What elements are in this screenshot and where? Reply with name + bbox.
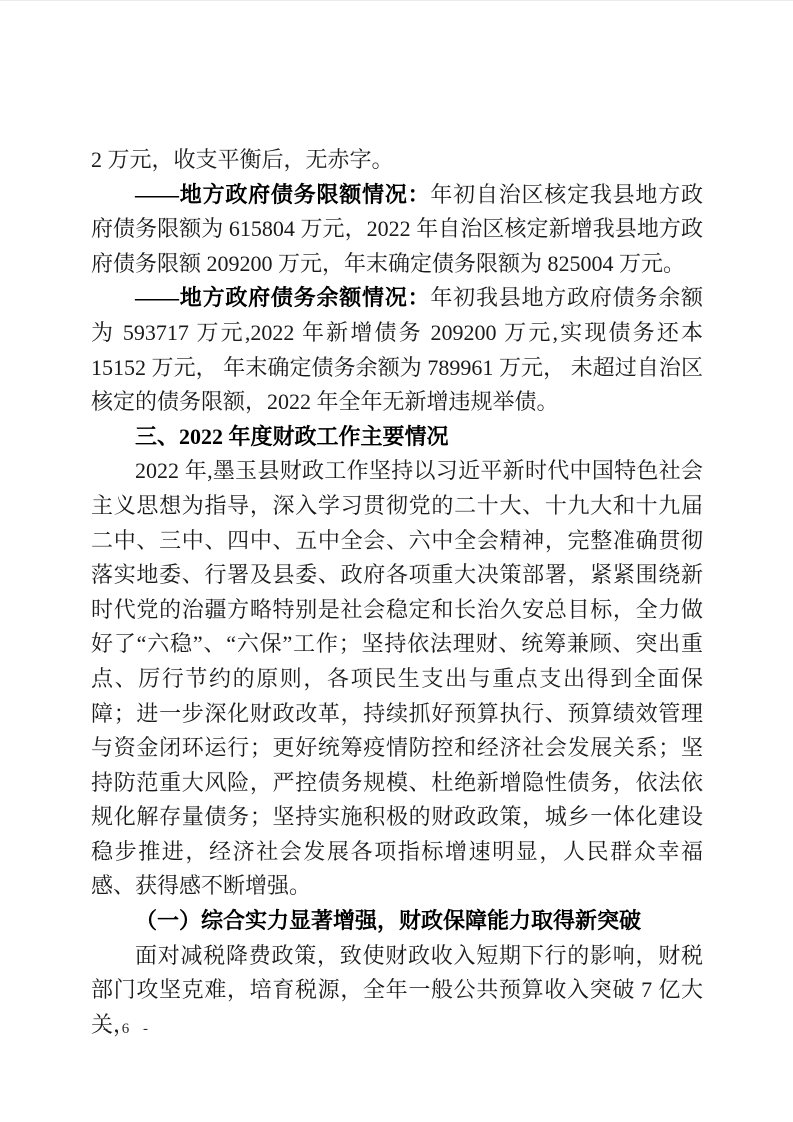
document-page: 2 万元，收支平衡后，无赤字。 ——地方政府债务限额情况：年初自治区核定我县地方…: [0, 0, 793, 1122]
document-body: 2 万元，收支平衡后，无赤字。 ——地方政府债务限额情况：年初自治区核定我县地方…: [91, 143, 703, 1042]
paragraph-fiscal-work-overview: 2022 年,墨玉县财政工作坚持以习近平新时代中国特色社会主义思想为指导，深入学…: [91, 454, 703, 904]
paragraph-revenue-breakthrough: 面对减税降费政策，致使财政收入短期下行的影响，财税部门攻坚克难，培育税源，全年一…: [91, 939, 703, 1043]
subsection-heading-comprehensive-strength: （一）综合实力显著增强，财政保障能力取得新突破: [91, 904, 703, 939]
paragraph-debt-balance: ——地方政府债务余额情况：年初我县地方政府债务余额为 593717 万元,202…: [91, 281, 703, 419]
paragraph-balance-carryover: 2 万元，收支平衡后，无赤字。: [91, 143, 703, 178]
paragraph-debt-limit: ——地方政府债务限额情况：年初自治区核定我县地方政府债务限额为 615804 万…: [91, 178, 703, 282]
section-heading-fiscal-work-2022: 三、2022 年度财政工作主要情况: [91, 420, 703, 455]
paragraph-debt-limit-lead: ——地方政府债务限额情况：: [135, 182, 430, 207]
page-number: - 6 -: [103, 1021, 153, 1038]
paragraph-debt-balance-lead: ——地方政府债务余额情况：: [135, 285, 430, 310]
